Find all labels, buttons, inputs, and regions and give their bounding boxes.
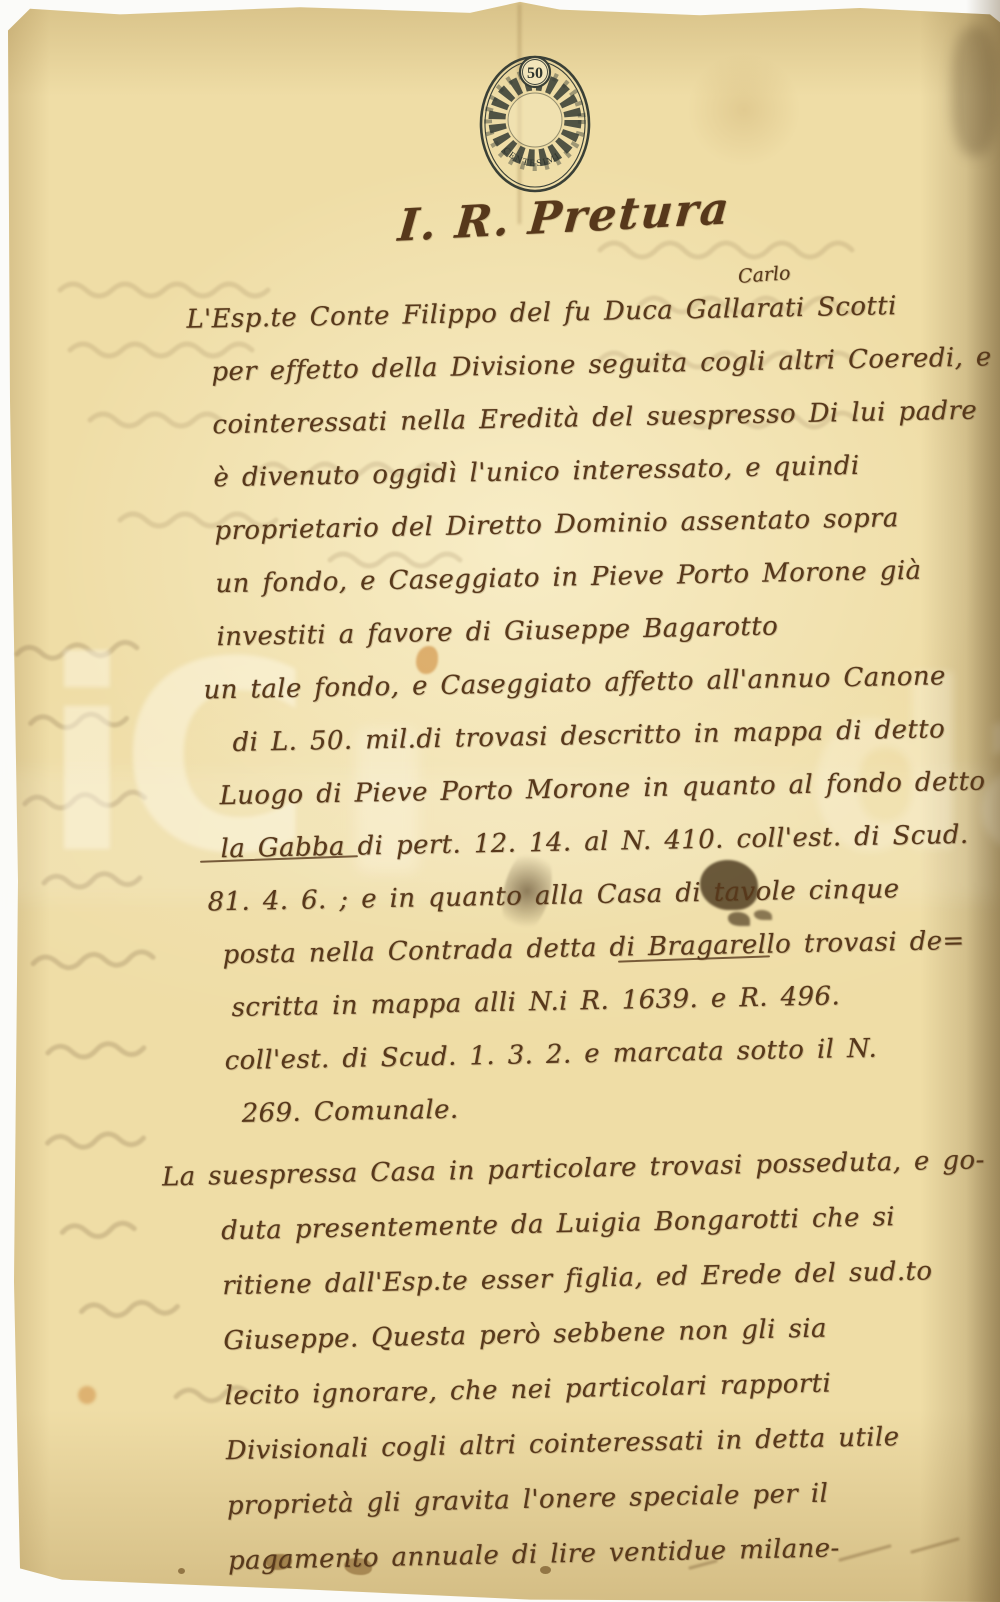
manuscript-paragraph-1: L'Esp.te Conte Filippo del fu Duca Galla… bbox=[184, 278, 1000, 1141]
round-stain-top-right bbox=[688, 52, 800, 168]
revenue-stamp-50-centesimi: 50 CENTESIMI bbox=[476, 48, 594, 196]
stamp-value: 50 bbox=[527, 65, 543, 82]
foxing-spot bbox=[78, 1386, 96, 1404]
scanned-manuscript-page: iC da 50 CENTESIMI I. R. Pretura Carlo bbox=[0, 0, 1000, 1602]
manuscript-paragraph-2: La suespressa Casa in particolare trovas… bbox=[161, 1134, 980, 1591]
